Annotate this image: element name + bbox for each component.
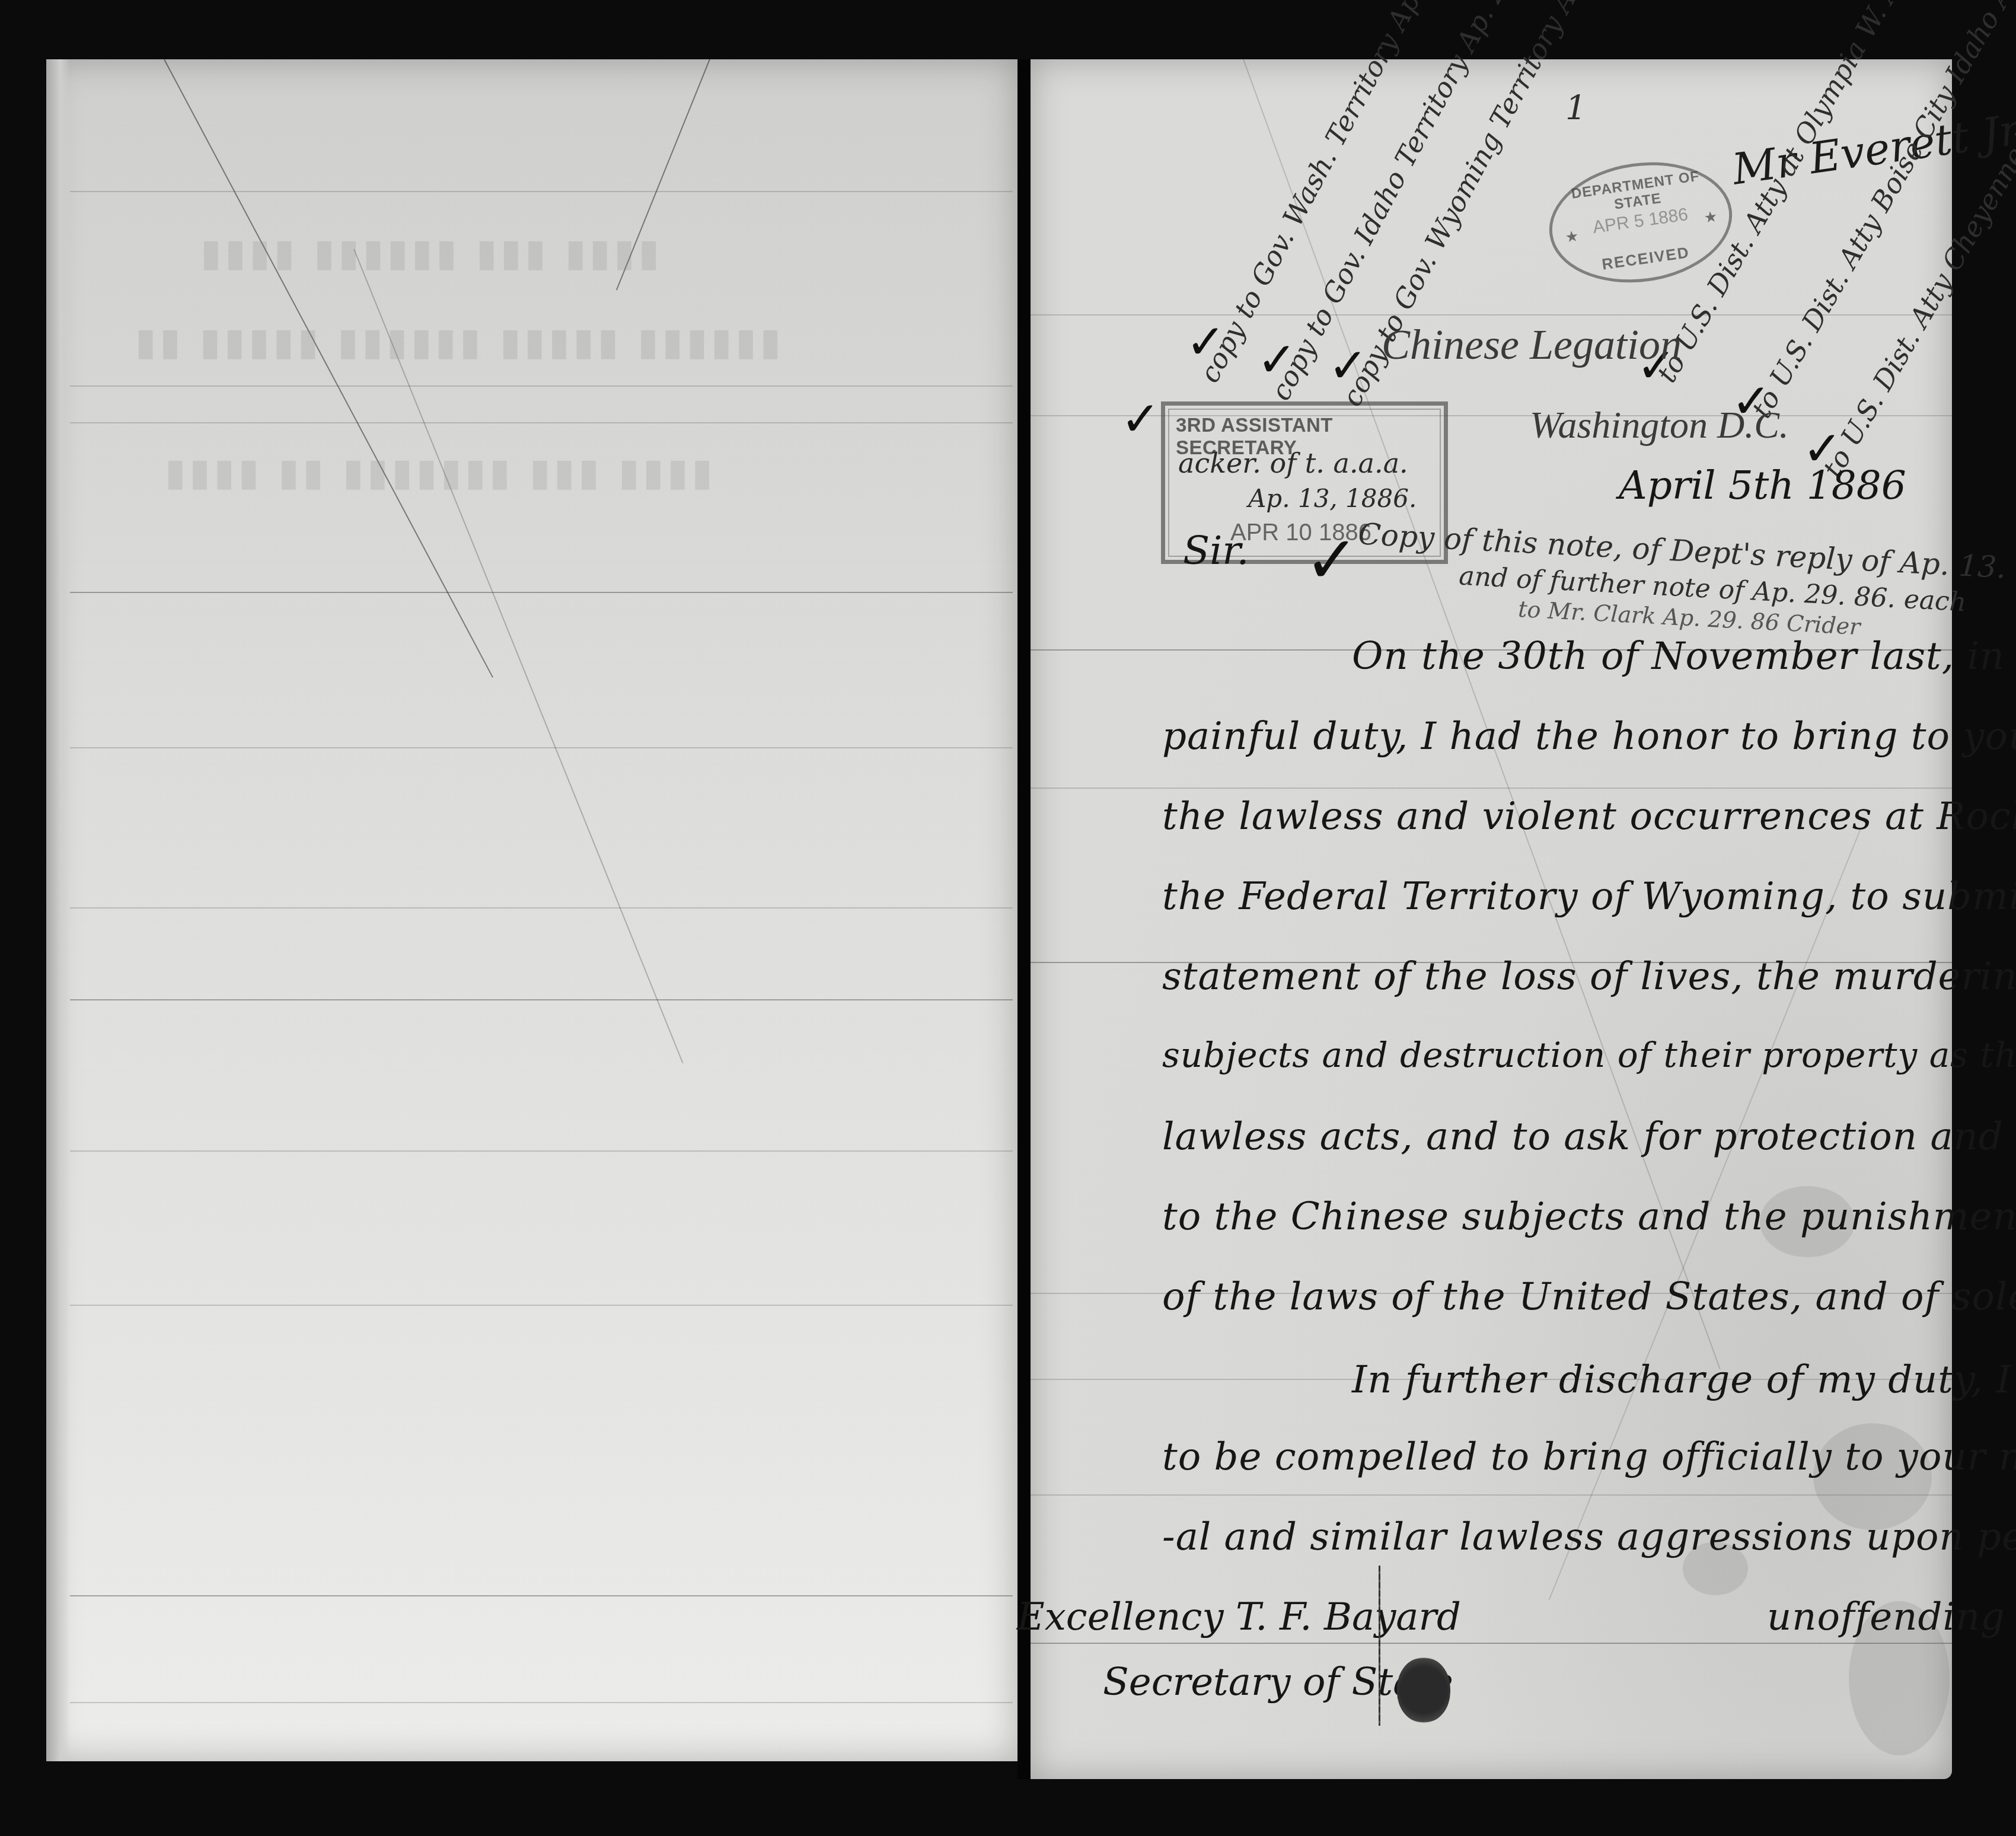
body-line: of the laws of the United States, and of… [1162,1275,2016,1319]
star-icon: ★ [1704,209,1718,225]
body-line: -al and similar lawless aggressions upon… [1162,1515,2016,1559]
letterhead-city: Washington D.C. [1530,403,1789,447]
book-gutter [1017,59,1031,1779]
checkmark-icon: ✓ [1304,522,1359,598]
ruled-line [70,422,1013,423]
body-line: On the 30th of November last, in executi… [1352,635,2016,678]
letter-date: April 5th 1886 [1619,463,1906,508]
body-line: the Federal Territory of Wyoming, to sub… [1162,875,2016,919]
binding-edge [46,59,70,1761]
ruled-line [1031,1494,1952,1496]
ruled-line [70,592,1013,593]
letterhead-legation: Chinese Legation [1382,320,1682,369]
checkmark-icon: ✓ [1121,391,1160,447]
ruled-line [1031,1643,1952,1644]
wax-seal-mark [1397,1658,1450,1723]
ruled-line [70,747,1013,748]
body-line-catchword: unoffending [1767,1595,2005,1639]
stamp-handwritten-date: Ap. 13, 1886. [1248,484,1417,513]
bleed-through-text: ▮▮ ▮▮▮▮▮ ▮▮▮▮▮▮ ▮▮▮▮▮ ▮▮▮▮▮▮ [135,320,784,364]
ruled-line [70,907,1013,909]
body-line: to be compelled to bring officially to y… [1162,1435,2016,1479]
ruled-line [70,1702,1013,1703]
left-page: ▮▮▮▮ ▮▮▮▮▮▮ ▮▮▮ ▮▮▮▮ ▮▮ ▮▮▮▮▮ ▮▮▮▮▮▮ ▮▮▮… [46,59,1017,1761]
addressee-brace [1379,1566,1380,1726]
body-line: lawless acts, and to ask for protection … [1162,1115,2016,1159]
ruled-line [70,1305,1013,1306]
body-line: In further discharge of my duty, I regre… [1352,1358,2016,1402]
ruled-line [70,191,1013,192]
ruled-line [70,1150,1013,1152]
salutation: Sir. [1183,528,1249,573]
ruled-line [1031,788,1952,789]
bleed-through-text: ▮▮▮▮ ▮▮ ▮▮▮▮▮▮▮ ▮▮▮ ▮▮▮▮ [165,451,716,495]
body-line: the lawless and violent occurrences at R… [1162,795,2016,839]
body-line: statement of the loss of lives, the murd… [1162,955,2016,999]
stamp-handwritten-ack: acker. of t. a.a.a. [1178,447,1408,479]
scratch-line [164,59,493,678]
ruled-line [70,999,1013,1000]
scratch-line [353,249,683,1063]
body-line: painful duty, I had the honor to bring t… [1162,715,2016,758]
ruled-line [70,385,1013,387]
bleed-through-text: ▮▮▮▮ ▮▮▮▮▮▮ ▮▮▮ ▮▮▮▮ [200,231,663,275]
ruled-line [70,1595,1013,1596]
body-line: subjects and destruction of their proper… [1162,1035,2016,1075]
addressee-name: Excellency T. F. Bayard [1017,1595,1461,1639]
marginal-note-number: 1 [1565,89,1587,128]
body-line: to the Chinese subjects and the punishme… [1162,1195,2016,1239]
